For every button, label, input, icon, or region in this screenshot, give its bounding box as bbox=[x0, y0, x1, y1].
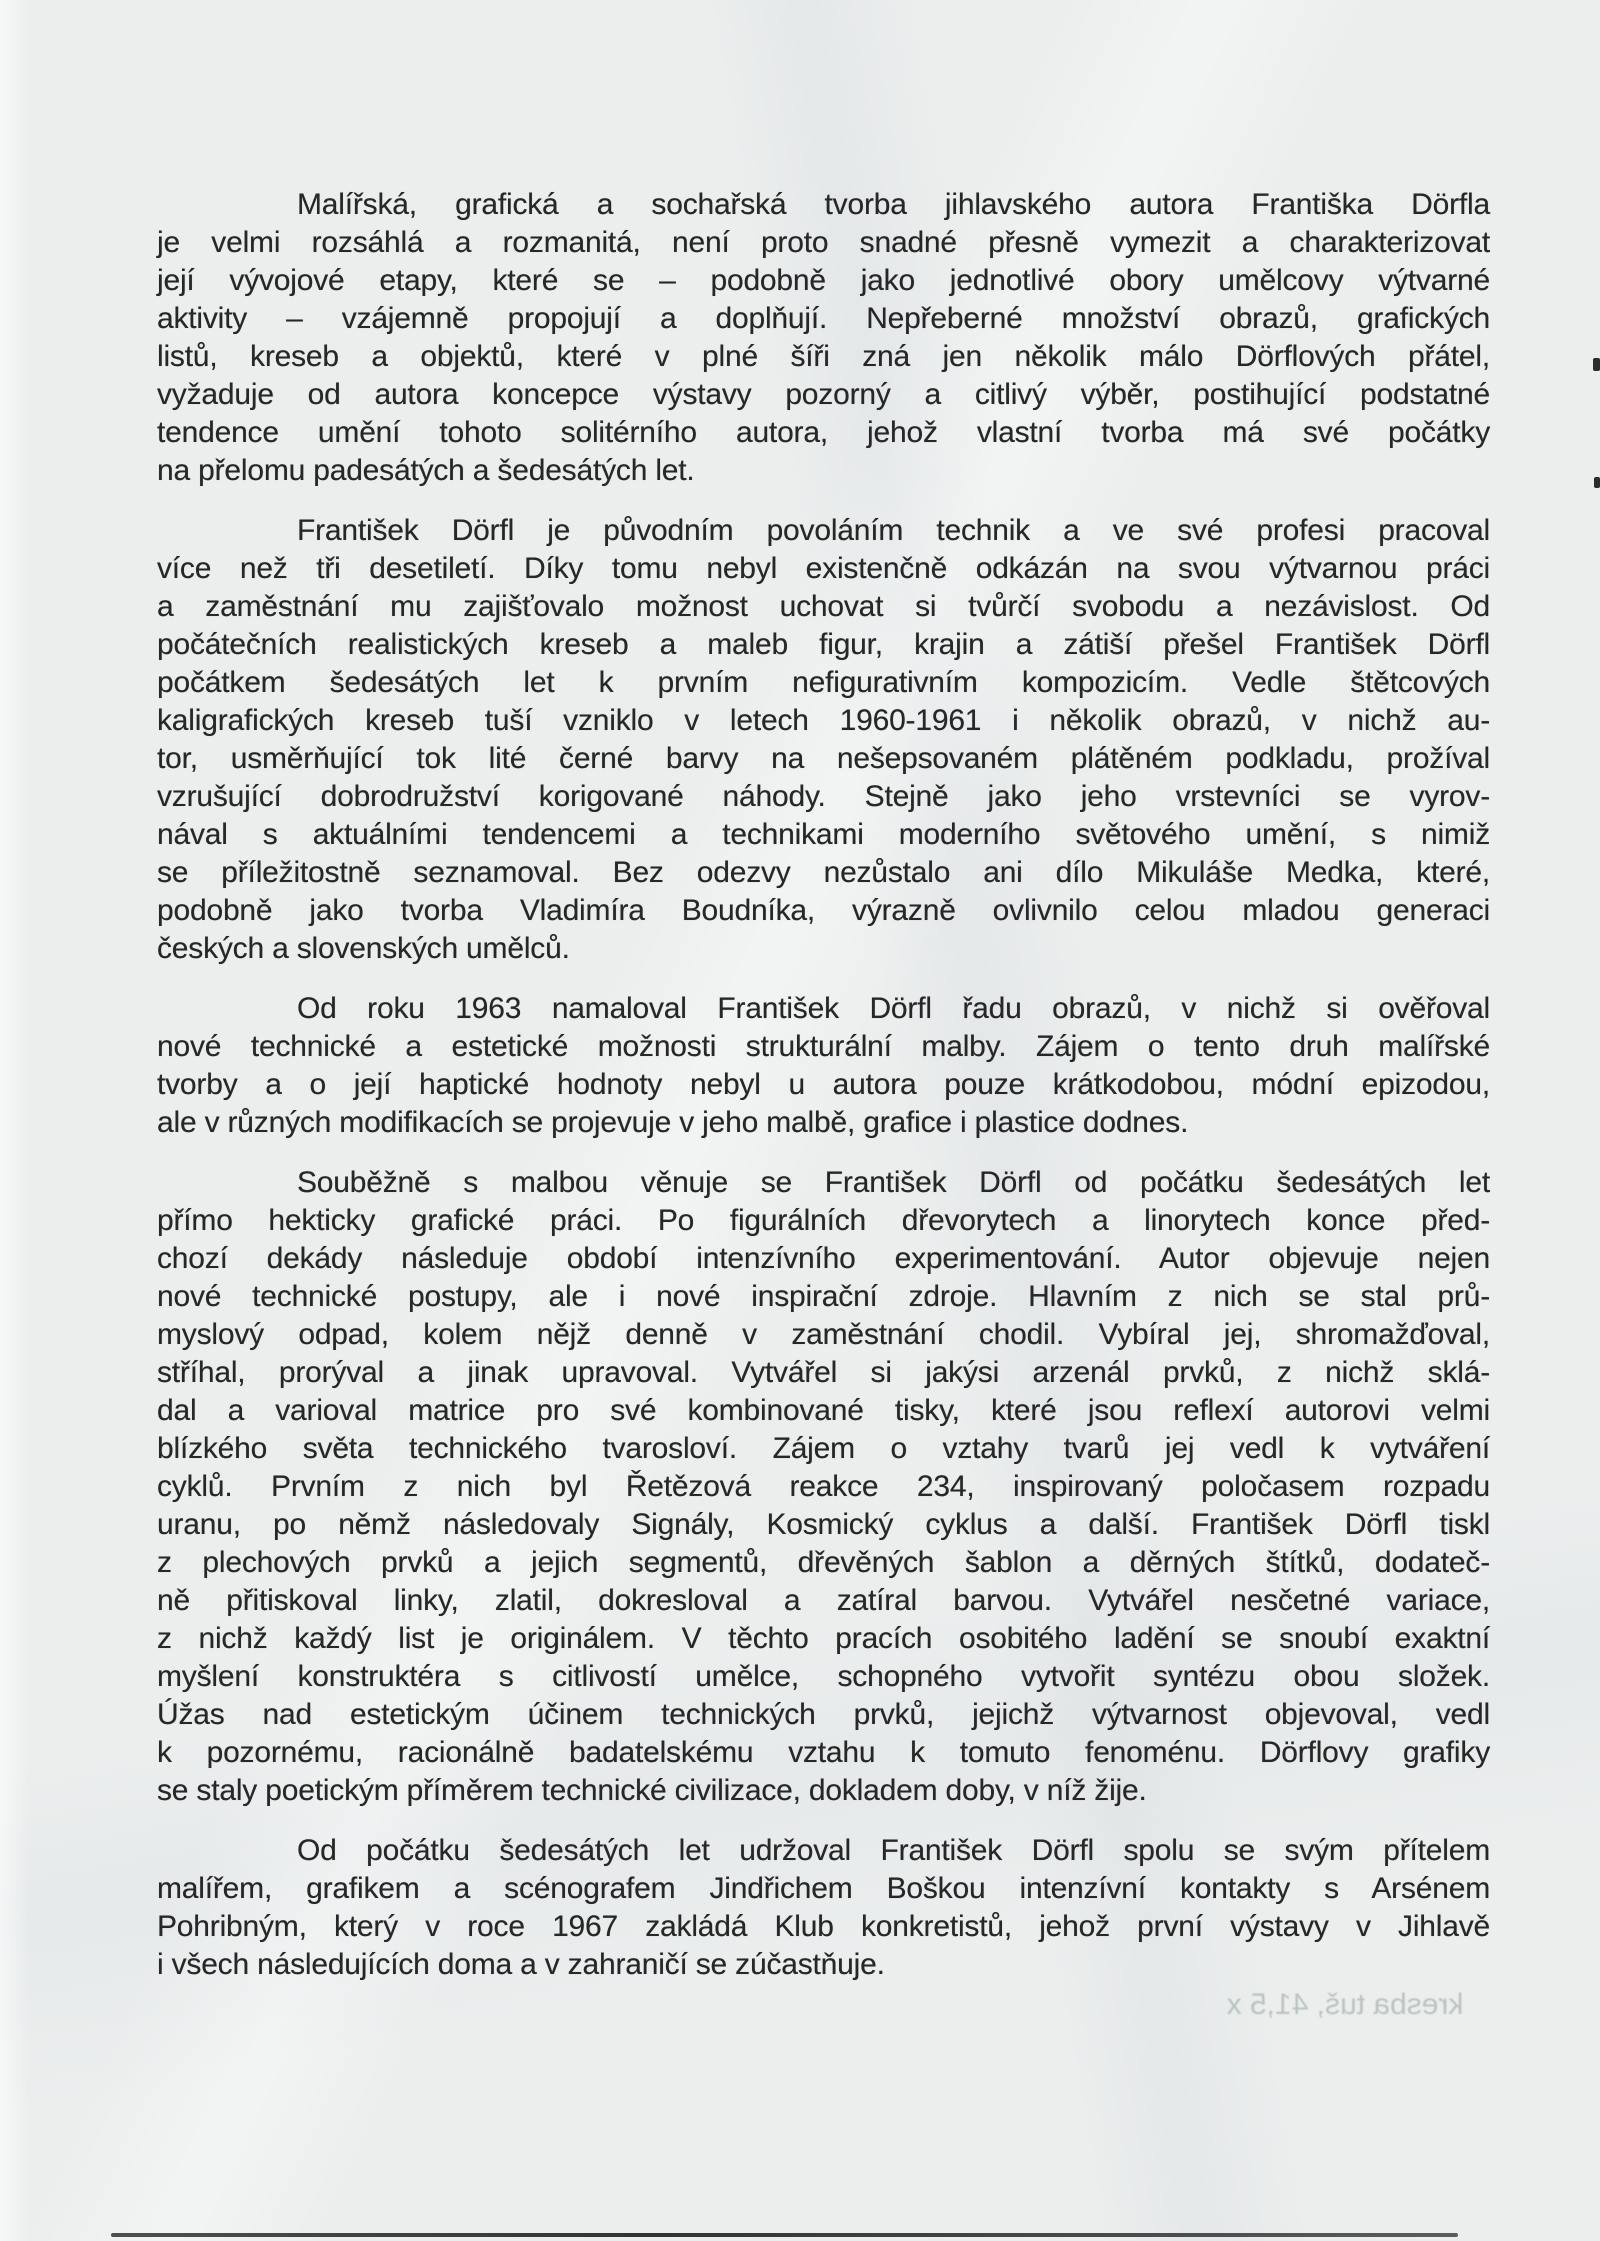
text-line: kaligrafických kreseb tuší vzniklo v let… bbox=[157, 702, 1490, 740]
text-line: tor, usměrňující tok lité černé barvy na… bbox=[157, 740, 1490, 778]
scan-artifact-bottom-line bbox=[111, 2233, 1458, 2237]
scanned-document-page: Malířská, grafická a sochařská tvorba ji… bbox=[0, 0, 1600, 2241]
text-line: i všech následujících doma a v zahraničí… bbox=[157, 1946, 1490, 1984]
text-line: její vývojové etapy, které se – podobně … bbox=[157, 262, 1490, 300]
text-line: dal a varioval matrice pro své kombinova… bbox=[157, 1392, 1490, 1430]
text-line: uranu, po němž následovaly Signály, Kosm… bbox=[157, 1506, 1490, 1544]
text-line: malířem, grafikem a scénografem Jindřich… bbox=[157, 1870, 1490, 1908]
text-line: vzrušující dobrodružství korigované náho… bbox=[157, 778, 1490, 816]
text-line: listů, kreseb a objektů, které v plné ší… bbox=[157, 338, 1490, 376]
show-through-text: kresba tuš, 41,5 x bbox=[1195, 1988, 1495, 2022]
text-line: chozí dekády následuje období intenzívní… bbox=[157, 1240, 1490, 1278]
text-line: Malířská, grafická a sochařská tvorba ji… bbox=[157, 186, 1490, 224]
text-line: je velmi rozsáhlá a rozmanitá, není prot… bbox=[157, 224, 1490, 262]
text-line: Od roku 1963 namaloval František Dörfl ř… bbox=[157, 990, 1490, 1028]
text-line: z plechových prvků a jejich segmentů, dř… bbox=[157, 1544, 1490, 1582]
text-line: Od počátku šedesátých let udržoval Frant… bbox=[157, 1832, 1490, 1870]
text-line: Úžas nad estetickým účinem technických p… bbox=[157, 1696, 1490, 1734]
text-line: počátečních realistických kreseb a maleb… bbox=[157, 626, 1490, 664]
text-line: tendence umění tohoto solitérního autora… bbox=[157, 414, 1490, 452]
text-line: nové technické a estetické možnosti stru… bbox=[157, 1028, 1490, 1066]
text-line: více než tři desetiletí. Díky tomu nebyl… bbox=[157, 550, 1490, 588]
scan-artifact-right-edge-2 bbox=[1594, 477, 1600, 488]
text-line: ně přitiskoval linky, zlatil, dokreslova… bbox=[157, 1582, 1490, 1620]
text-line: nové technické postupy, ale i nové inspi… bbox=[157, 1278, 1490, 1316]
text-line: František Dörfl je původním povoláním te… bbox=[157, 512, 1490, 550]
text-line: k pozornému, racionálně badatelskému vzt… bbox=[157, 1734, 1490, 1772]
text-line: ale v různých modifikacích se projevuje … bbox=[157, 1104, 1490, 1142]
paragraph: Souběžně s malbou věnuje se František Dö… bbox=[157, 1164, 1490, 1810]
text-line: přímo hekticky grafické práci. Po figurá… bbox=[157, 1202, 1490, 1240]
text-line: a zaměstnání mu zajišťovalo možnost ucho… bbox=[157, 588, 1490, 626]
paper-edge-highlight bbox=[0, 0, 30, 2241]
text-line: myslový odpad, kolem nějž denně v zaměst… bbox=[157, 1316, 1490, 1354]
text-line: českých a slovenských umělců. bbox=[157, 930, 1490, 968]
text-line: podobně jako tvorba Vladimíra Boudníka, … bbox=[157, 892, 1490, 930]
text-block: Malířská, grafická a sochařská tvorba ji… bbox=[157, 186, 1490, 1984]
text-line: tvorby a o její haptické hodnoty nebyl u… bbox=[157, 1066, 1490, 1104]
text-line: počátkem šedesátých let k prvním nefigur… bbox=[157, 664, 1490, 702]
text-line: myšlení konstruktéra s citlivostí umělce… bbox=[157, 1658, 1490, 1696]
text-line: se příležitostně seznamoval. Bez odezvy … bbox=[157, 854, 1490, 892]
paragraph: Od roku 1963 namaloval František Dörfl ř… bbox=[157, 990, 1490, 1142]
paragraph: Malířská, grafická a sochařská tvorba ji… bbox=[157, 186, 1490, 490]
text-line: se staly poetickým příměrem technické ci… bbox=[157, 1772, 1490, 1810]
text-line: cyklů. Prvním z nich byl Řetězová reakce… bbox=[157, 1468, 1490, 1506]
text-line: Pohribným, který v roce 1967 zakládá Klu… bbox=[157, 1908, 1490, 1946]
scan-artifact-right-edge-1 bbox=[1593, 358, 1600, 371]
text-line: blízkého světa technického tvarosloví. Z… bbox=[157, 1430, 1490, 1468]
text-line: stříhal, prorýval a jinak upravoval. Vyt… bbox=[157, 1354, 1490, 1392]
text-line: Souběžně s malbou věnuje se František Dö… bbox=[157, 1164, 1490, 1202]
paragraph: František Dörfl je původním povoláním te… bbox=[157, 512, 1490, 968]
text-line: na přelomu padesátých a šedesátých let. bbox=[157, 452, 1490, 490]
paragraph: Od počátku šedesátých let udržoval Frant… bbox=[157, 1832, 1490, 1984]
text-line: vyžaduje od autora koncepce výstavy pozo… bbox=[157, 376, 1490, 414]
text-line: nával s aktuálními tendencemi a technika… bbox=[157, 816, 1490, 854]
text-line: aktivity – vzájemně propojují a doplňují… bbox=[157, 300, 1490, 338]
text-line: z nichž každý list je originálem. V těch… bbox=[157, 1620, 1490, 1658]
